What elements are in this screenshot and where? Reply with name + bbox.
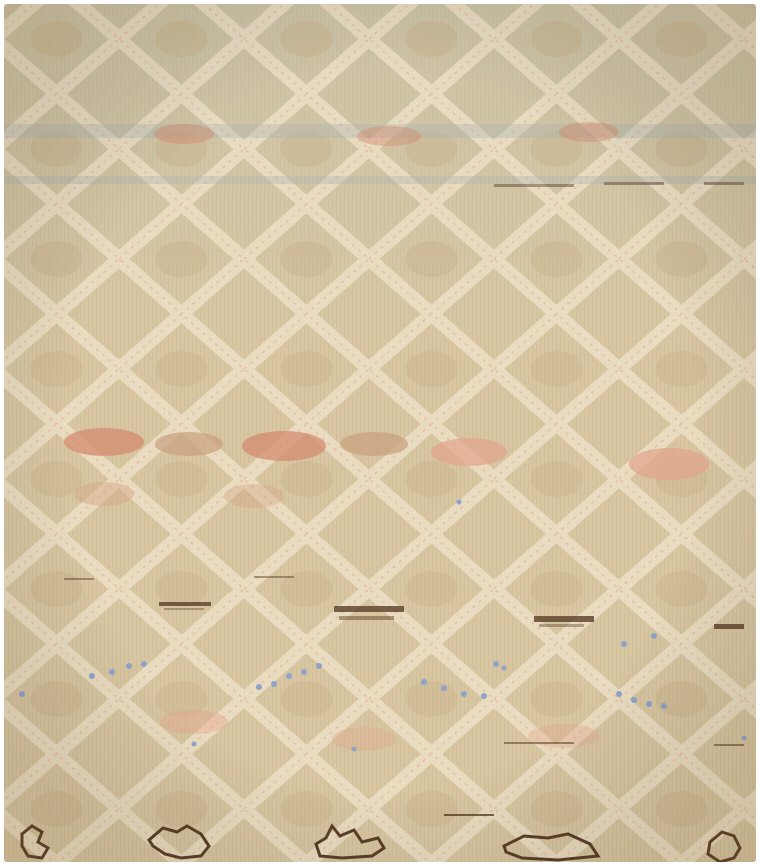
rug-photo: [4, 4, 756, 862]
rug-artwork: [4, 4, 756, 862]
